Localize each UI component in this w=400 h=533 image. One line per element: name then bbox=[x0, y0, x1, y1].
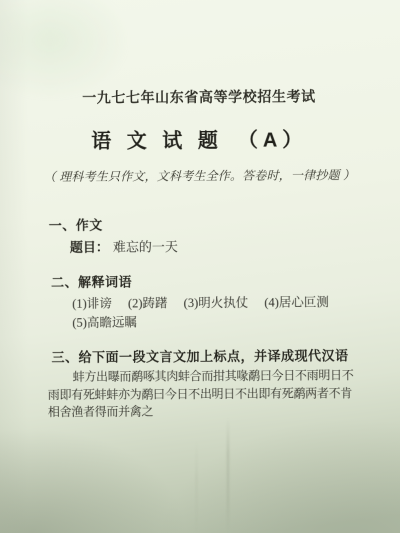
exam-header-line: 一九七七年山东省高等学校招生考试 bbox=[0, 86, 399, 108]
paper-crease-faint bbox=[196, 440, 197, 533]
term-item-2: (2)踌躇 bbox=[128, 296, 168, 310]
explain-words-row-2: (5)高瞻远瞩 bbox=[72, 312, 137, 330]
passage-line: 相舍渔者得而并禽之 bbox=[48, 402, 374, 421]
section-essay-heading: 一、作文 bbox=[49, 215, 103, 234]
essay-topic-text: 难忘的一天 bbox=[113, 239, 178, 254]
essay-topic-label: 题目： bbox=[70, 240, 109, 255]
term-item-3: (3)明火执仗 bbox=[184, 296, 249, 310]
section-explain-words-heading: 二、解释词语 bbox=[51, 271, 132, 290]
passage-line: 蚌方出曝而鹬啄其肉蚌合而拑其喙鹬曰今日不雨明日不 bbox=[48, 367, 374, 386]
explain-words-row-1: (1)诽谤 (2)踌躇 (3)明火执仗 (4)居心叵测 bbox=[72, 292, 329, 312]
exam-paper-content: 一九七七年山东省高等学校招生考试 语 文 试 题 （A） （ 理科考生只作文，文… bbox=[0, 0, 400, 533]
exam-title: 语 文 试 题 （A） bbox=[0, 123, 399, 154]
term-item-4: (4)居心叵测 bbox=[264, 295, 329, 309]
section-classical-heading: 三、给下面一段文言文加上标点，并译成现代汉语 bbox=[51, 345, 348, 366]
passage-line: 雨即有死蚌蚌亦为鹬曰今日不出明日不出即有死鹬两者不肯 bbox=[48, 384, 374, 403]
term-item-1: (1)诽谤 bbox=[72, 297, 112, 311]
classical-passage: 蚌方出曝而鹬啄其肉蚌合而拑其喙鹬曰今日不雨明日不 雨即有死蚌蚌亦为鹬曰今日不出明… bbox=[48, 367, 374, 421]
essay-topic-line: 题目：难忘的一天 bbox=[70, 236, 178, 256]
exam-paper: 一九七七年山东省高等学校招生考试 语 文 试 题 （A） （ 理科考生只作文，文… bbox=[0, 0, 400, 533]
paper-crease bbox=[227, 418, 229, 533]
term-item-5: (5)高瞻远瞩 bbox=[72, 315, 137, 329]
exam-instructions: （ 理科考生只作文，文科考生全作。答卷时，一律抄题 ） bbox=[0, 166, 399, 185]
